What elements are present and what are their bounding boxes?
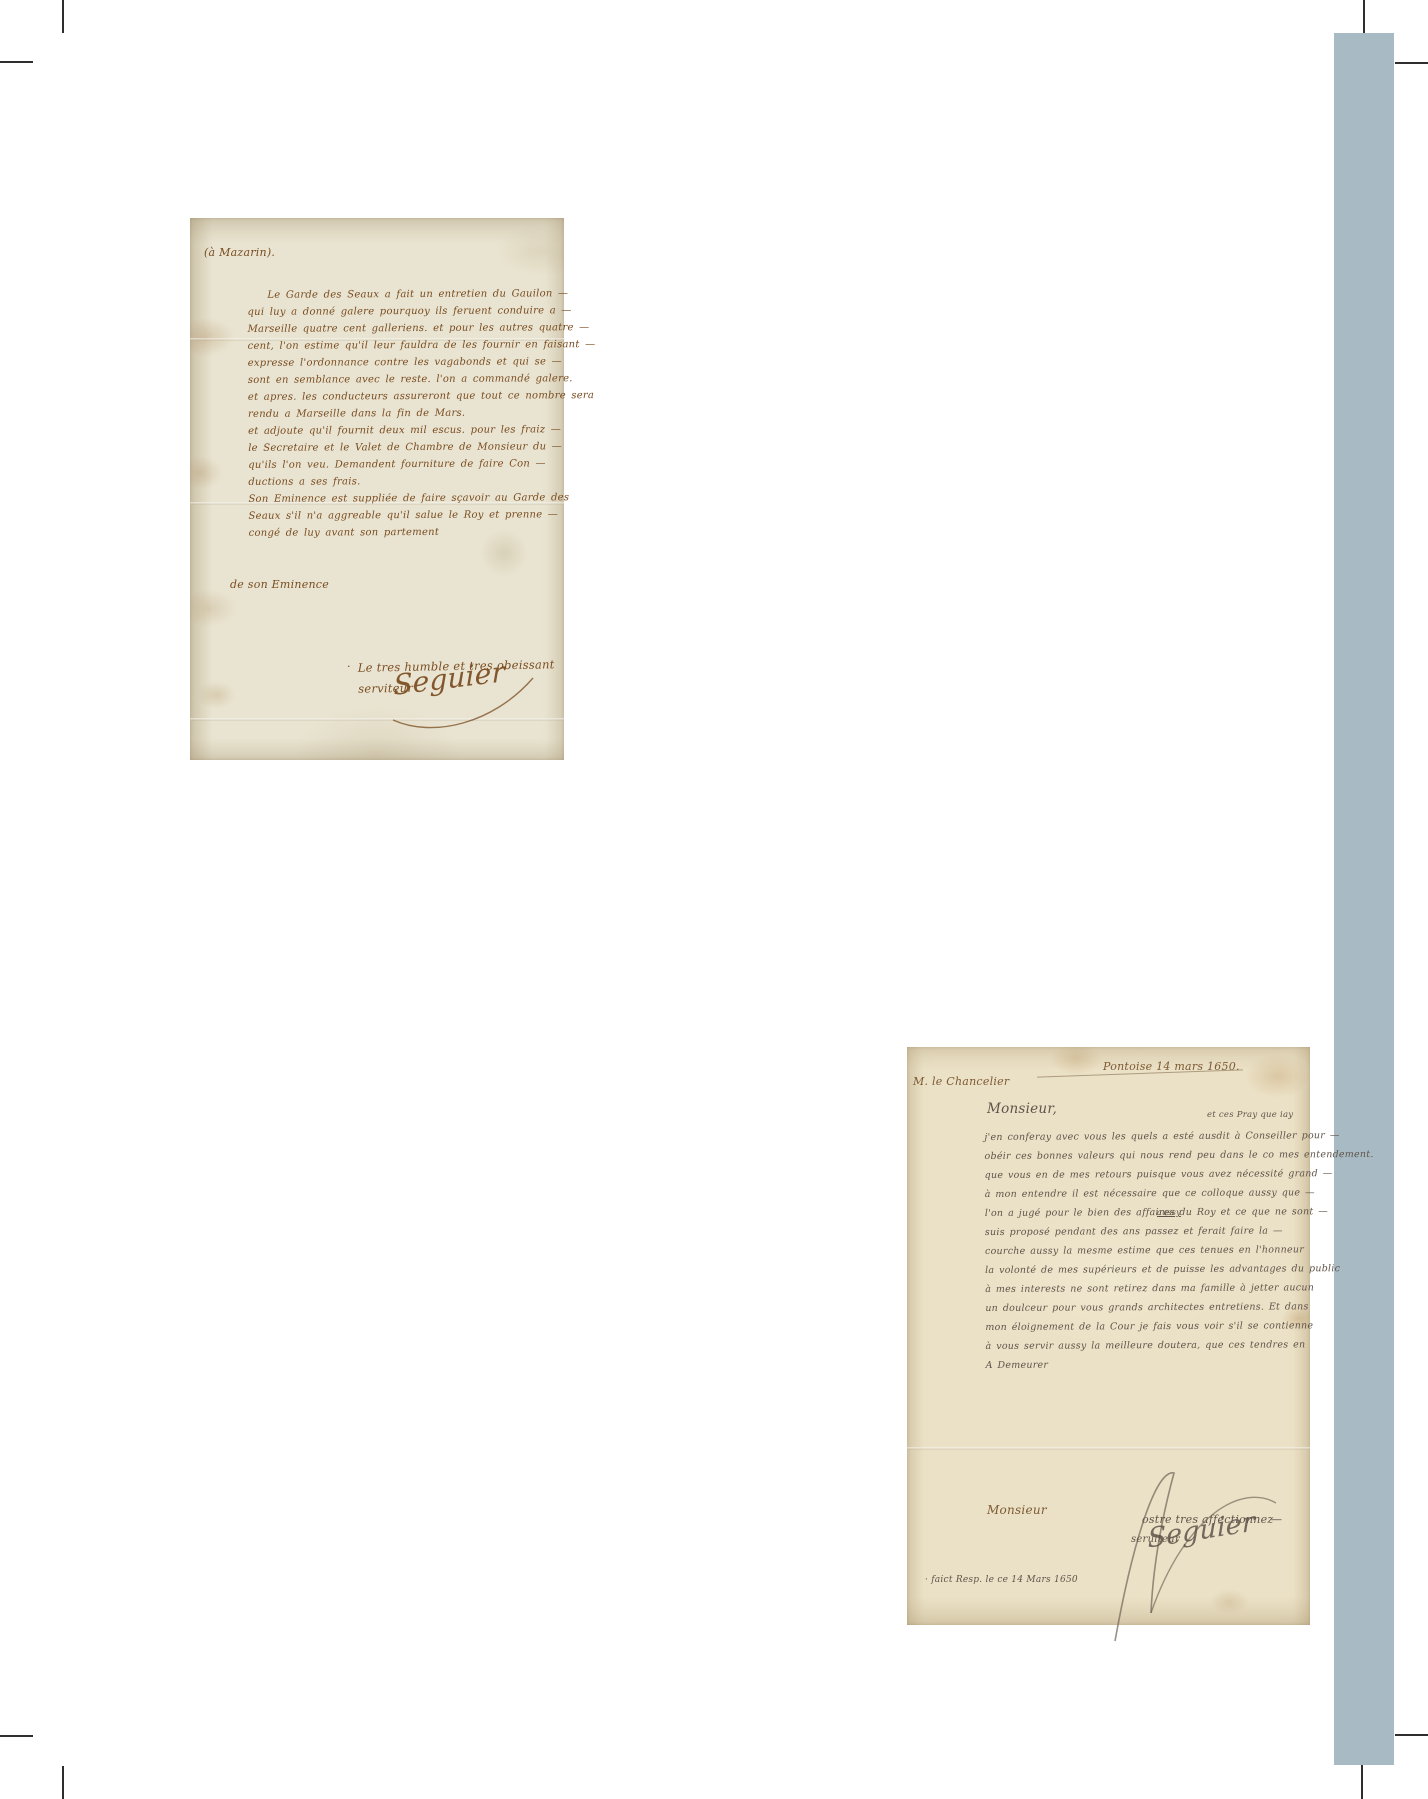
trim-mark-bottom-right-vertical [1361, 1765, 1363, 1799]
handwriting-line: la volonté de mes supérieurs et de puiss… [985, 1259, 1374, 1280]
manuscript-letter-1: (à Mazarin). Le Garde des Seaux a fait u… [190, 218, 564, 760]
handwriting-line: cent, l'on estime qu'il leur fauldra de … [248, 336, 596, 355]
trim-mark-top-left-vertical [62, 0, 64, 33]
handwriting-line: expresse l'ordonnance contre les vagabon… [248, 353, 596, 372]
salutation: Monsieur, [987, 1101, 1057, 1117]
trim-mark-top-left-horizontal [0, 61, 33, 63]
handwriting-line: Seaux s'il n'a aggreable qu'il salue le … [248, 506, 596, 525]
docket-note: · faict Resp. le ce 14 Mars 1650 [925, 1575, 1078, 1585]
handwriting-line: congé de luy avant son partement [249, 523, 597, 542]
handwriting-line: j'en conferay avec vous les quels a esté… [984, 1126, 1373, 1147]
handwriting-line: rendu a Marseille dans la fin de Mars. [248, 404, 596, 423]
catalog-page: (à Mazarin). Le Garde des Seaux a fait u… [0, 0, 1428, 1799]
trim-mark-top-right-vertical [1363, 0, 1365, 33]
trim-mark-top-right-horizontal [1395, 62, 1428, 64]
handwriting-line: suis proposé pendant des ans passez et f… [985, 1221, 1374, 1242]
handwriting-line: sont en semblance avec le reste. l'on a … [248, 370, 596, 389]
dateline: Pontoise 14 mars 1650. [1103, 1060, 1240, 1073]
letter-body: Le Garde des Seaux a fait un entretien d… [247, 285, 596, 542]
recipient-annotation: M. le Chancelier [913, 1075, 1009, 1088]
handwriting-line: A Demeurer [986, 1354, 1375, 1375]
handwriting-line: à mes interests ne sont retirez dans ma … [985, 1278, 1374, 1299]
handwriting-line: le Secretaire et le Valet de Chambre de … [248, 438, 596, 457]
handwriting-line: ductions a ses frais. [248, 472, 596, 491]
handwriting-line: qu'ils l'on veu. Demandent fourniture de… [248, 455, 596, 474]
color-band [1334, 33, 1394, 1765]
handwriting-line: Marseille quatre cent galleriens. et pou… [248, 319, 596, 338]
manuscript-letter-2: M. le Chancelier Pontoise 14 mars 1650. … [907, 1047, 1310, 1625]
handwriting-line: un doulceur pour vous grands architectes… [985, 1297, 1374, 1318]
letter-body: j'en conferay avec vous les quels a esté… [984, 1126, 1374, 1375]
trim-mark-bottom-left-horizontal [0, 1735, 33, 1737]
interline-addition: et ces Pray que iay [1207, 1110, 1293, 1120]
handwriting-line: à mon entendre il est nécessaire que ce … [985, 1183, 1374, 1204]
trim-mark-bottom-left-vertical [62, 1766, 64, 1799]
end-dash: — [1271, 1513, 1282, 1526]
trim-mark-bottom-right-horizontal [1395, 1734, 1428, 1736]
recipient-annotation: (à Mazarin). [204, 246, 275, 259]
paper-crease [907, 1447, 1310, 1450]
closing-dot: · [347, 660, 351, 673]
handwriting-line: courche aussy la mesme estime que ces te… [985, 1240, 1374, 1261]
closing-salutation: Monsieur [987, 1503, 1047, 1517]
signature-flourish [1090, 1463, 1290, 1648]
handwriting-line: et adjoute qu'il fournit deux mil escus.… [248, 421, 596, 440]
interline-addition: aussy [1157, 1208, 1181, 1217]
handwriting-line: qui luy a donné galere pourquoy ils feru… [247, 302, 595, 321]
handwriting-line: obéir ces bonnes valeurs qui nous rend p… [984, 1145, 1373, 1166]
reference-line: de son Eminence [230, 578, 329, 591]
handwriting-line: et apres. les conducteurs assureront que… [248, 387, 596, 406]
handwriting-line: que vous en de mes retours puisque vous … [985, 1164, 1374, 1185]
handwriting-line: Le Garde des Seaux a fait un entretien d… [247, 285, 595, 304]
handwriting-line: Son Eminence est suppliée de faire sçavo… [248, 489, 596, 508]
handwriting-line: à vous servir aussy la meilleure doutera… [985, 1335, 1374, 1356]
handwriting-line: mon éloignement de la Cour je fais vous … [985, 1316, 1374, 1337]
